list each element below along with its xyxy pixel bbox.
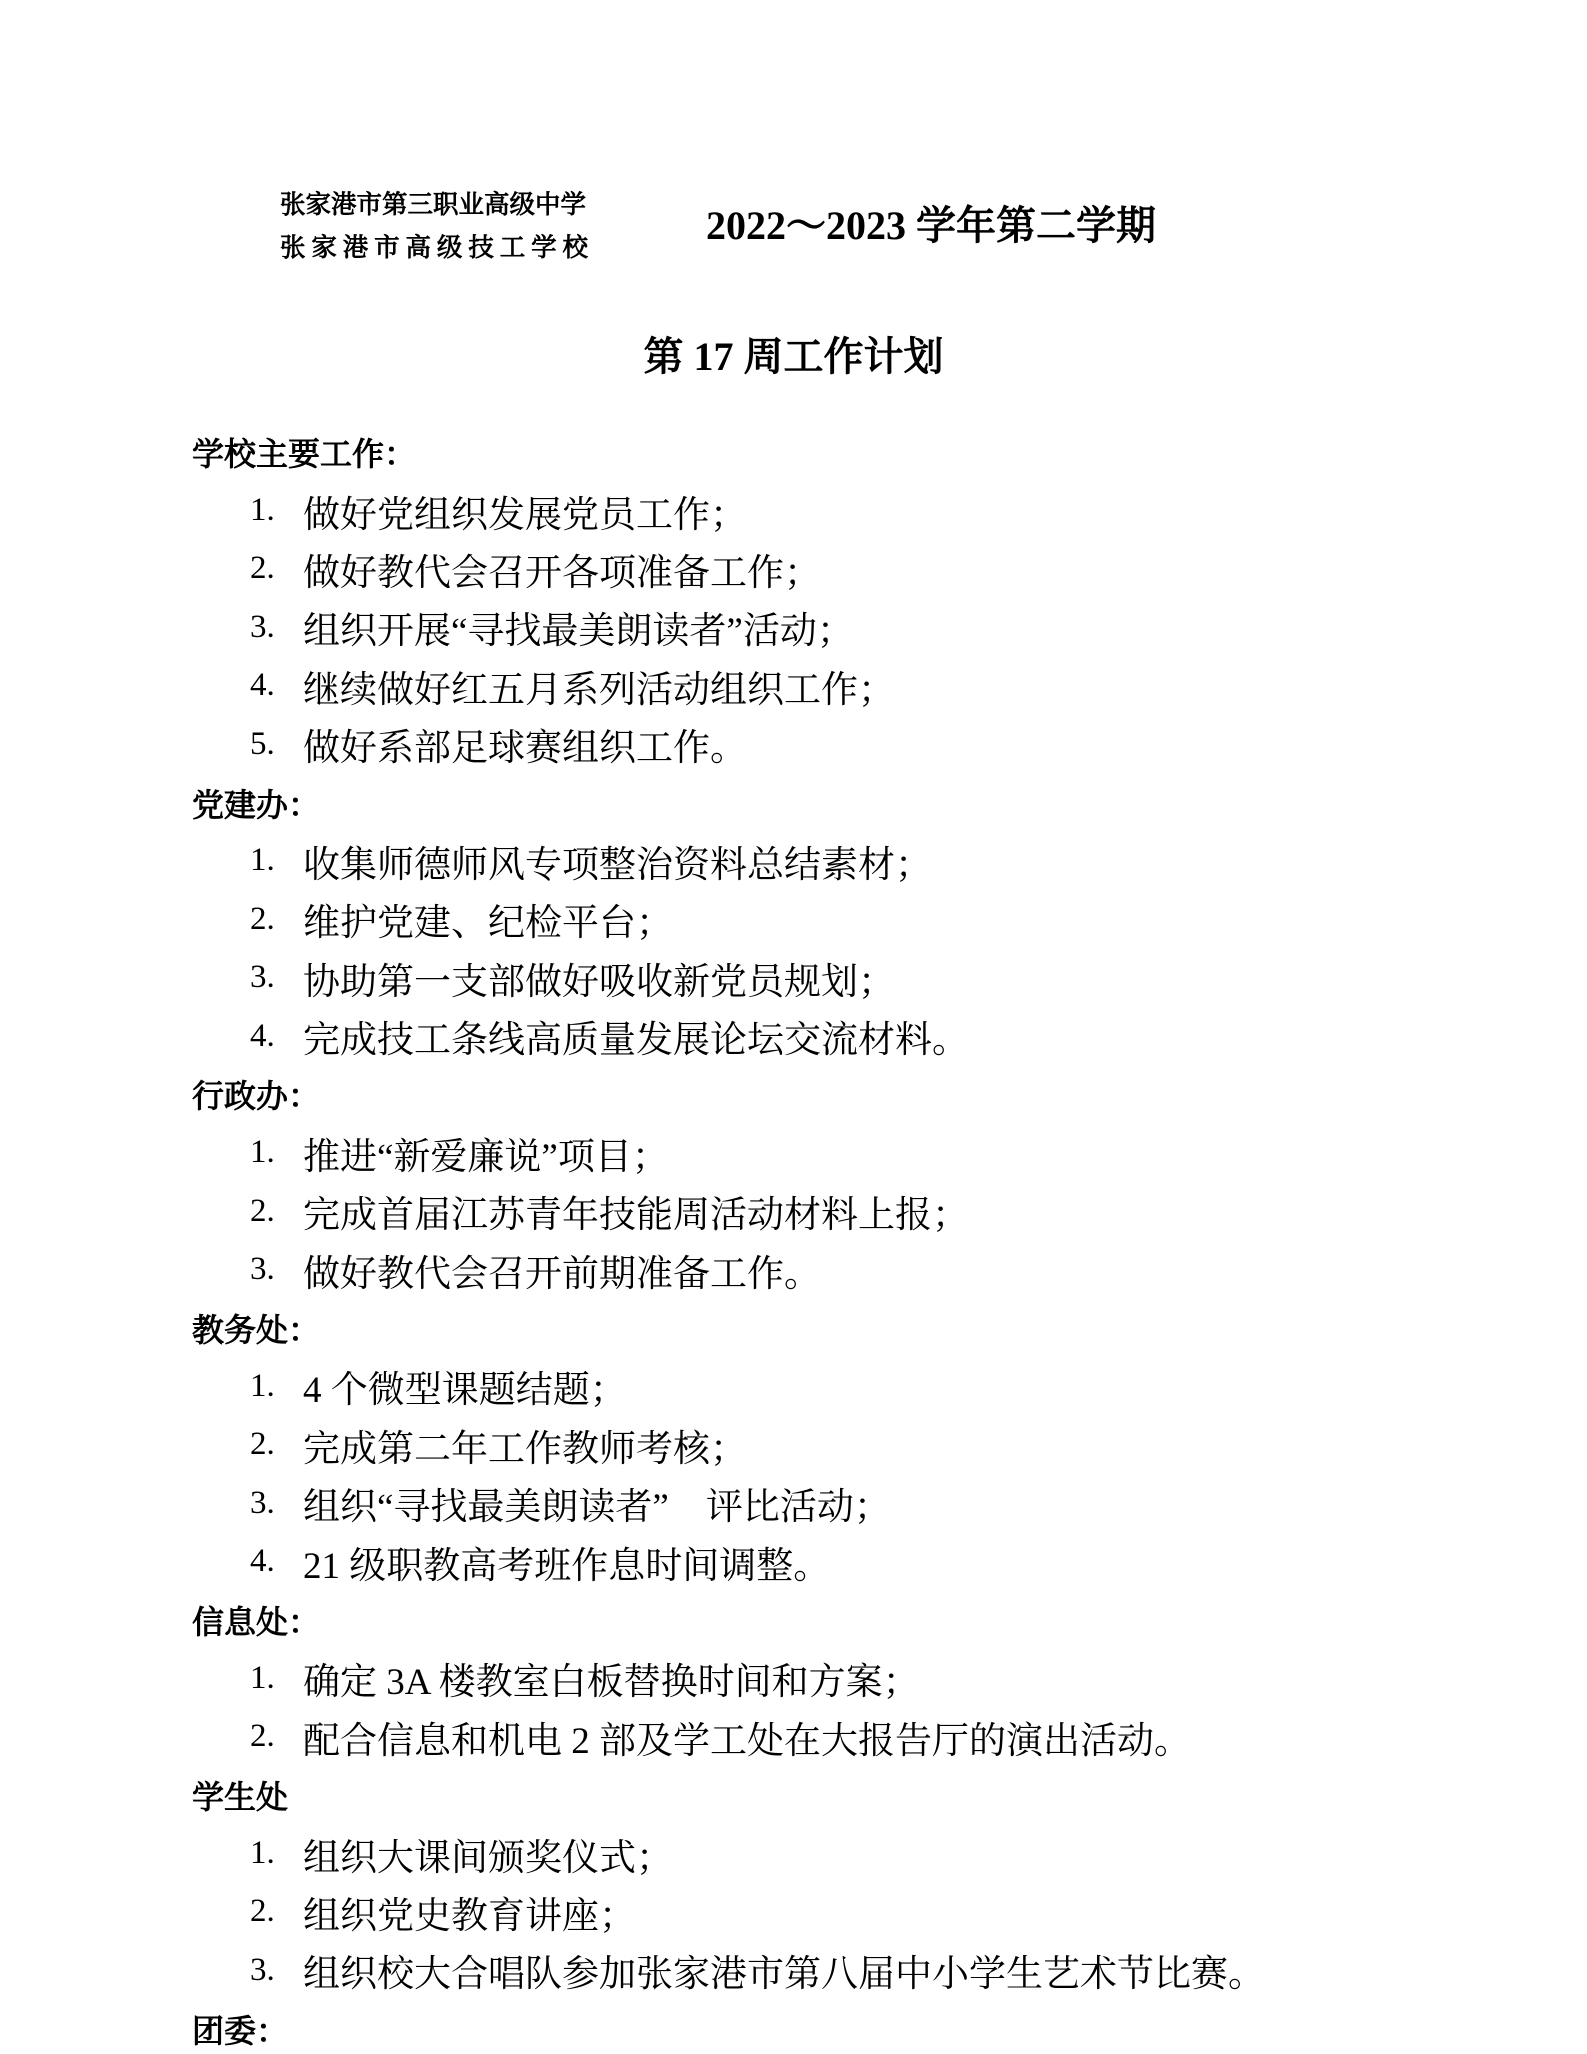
item-text: 21 级职教高考班作息时间调整。 — [303, 1535, 830, 1589]
list-item: 3. 组织开展“寻找最美朗读者”活动； — [192, 598, 1472, 656]
work-plan-sections: 学校主要工作： 1. 做好党组织发展党员工作； 2. 做好教代会召开各项准备工作… — [192, 423, 1472, 2054]
item-number: 2. — [250, 1893, 303, 1930]
section-heading: 教务处： — [192, 1299, 1472, 1357]
item-number: 2. — [250, 1426, 303, 1463]
item-number: 3. — [250, 959, 303, 996]
item-text: 完成第二年工作教师考核； — [303, 1418, 747, 1472]
section-heading-text: 行政办： — [192, 1071, 320, 1117]
list-item: 4. 继续做好红五月系列活动组织工作； — [192, 657, 1472, 715]
item-number: 3. — [250, 1251, 303, 1288]
item-number: 2. — [250, 1193, 303, 1230]
section-heading: 学校主要工作： — [192, 423, 1472, 481]
list-item: 3. 做好教代会召开前期准备工作。 — [192, 1240, 1472, 1298]
section-heading-text: 团委： — [192, 2006, 288, 2052]
section-heading-text: 信息处： — [192, 1597, 320, 1643]
item-text: 维护党建、纪检平台； — [303, 892, 673, 946]
list-item: 1. 确定 3A 楼教室白板替换时间和方案； — [192, 1649, 1472, 1707]
list-item: 3. 组织校大合唱队参加张家港市第八届中小学生艺术节比赛。 — [192, 1941, 1472, 1999]
item-text: 组织大课间颁奖仪式； — [303, 1827, 673, 1881]
list-item: 1. 收集师德师风专项整治资料总结素材； — [192, 832, 1472, 890]
item-number: 1. — [250, 1134, 303, 1171]
section-heading-text: 学校主要工作： — [192, 429, 416, 475]
section-heading: 团委： — [192, 2000, 1472, 2054]
list-item: 2. 做好教代会召开各项准备工作； — [192, 540, 1472, 598]
list-item: 2. 完成第二年工作教师考核； — [192, 1416, 1472, 1474]
item-text: 推进“新爱廉说”项目； — [303, 1126, 669, 1180]
list-item: 2. 完成首届江苏青年技能周活动材料上报； — [192, 1182, 1472, 1240]
semester-label: 2022～2023 学年第二学期 — [706, 202, 1156, 250]
item-text: 完成技工条线高质量发展论坛交流材料。 — [303, 1009, 969, 1063]
item-number: 2. — [250, 1718, 303, 1755]
school-name-block: 张家港市第三职业高级中学 张家港市高级技工学校 — [280, 183, 588, 269]
item-text: 完成首届江苏青年技能周活动材料上报； — [303, 1184, 969, 1238]
item-number: 1. — [250, 1368, 303, 1405]
list-item: 3. 组织“寻找最美朗读者” 评比活动； — [192, 1474, 1472, 1532]
school-name-line2: 张家港市高级技工学校 — [280, 226, 588, 269]
section-heading: 党建办： — [192, 773, 1472, 831]
section-heading: 信息处： — [192, 1591, 1472, 1649]
list-item: 5. 做好系部足球赛组织工作。 — [192, 715, 1472, 773]
item-text: 做好党组织发展党员工作； — [303, 484, 747, 538]
item-text: 做好教代会召开前期准备工作。 — [303, 1243, 821, 1297]
document-page: 张家港市第三职业高级中学 张家港市高级技工学校 2022～2023 学年第二学期… — [0, 0, 1587, 2054]
item-number: 3. — [250, 1485, 303, 1522]
item-number: 4. — [250, 1543, 303, 1580]
item-number: 4. — [250, 1018, 303, 1055]
list-item: 4. 21 级职教高考班作息时间调整。 — [192, 1532, 1472, 1590]
list-item: 3. 协助第一支部做好吸收新党员规划； — [192, 949, 1472, 1007]
list-item: 1. 推进“新爱廉说”项目； — [192, 1124, 1472, 1182]
list-item: 2. 组织党史教育讲座； — [192, 1883, 1472, 1941]
list-item: 1. 4 个微型课题结题； — [192, 1357, 1472, 1415]
list-item: 1. 做好党组织发展党员工作； — [192, 481, 1472, 539]
list-item: 4. 完成技工条线高质量发展论坛交流材料。 — [192, 1007, 1472, 1065]
list-item: 2. 配合信息和机电 2 部及学工处在大报告厅的演出活动。 — [192, 1708, 1472, 1766]
item-number: 3. — [250, 609, 303, 646]
item-number: 1. — [250, 1660, 303, 1697]
item-number: 5. — [250, 726, 303, 763]
item-text: 组织“寻找最美朗读者” 评比活动； — [303, 1476, 891, 1530]
item-text: 确定 3A 楼教室白板替换时间和方案； — [303, 1651, 920, 1705]
section-heading-text: 学生处 — [192, 1772, 288, 1818]
item-text: 协助第一支部做好吸收新党员规划； — [303, 951, 895, 1005]
school-name-line1: 张家港市第三职业高级中学 — [280, 183, 588, 226]
section-heading: 学生处 — [192, 1766, 1472, 1824]
section-heading: 行政办： — [192, 1065, 1472, 1123]
item-number: 2. — [250, 901, 303, 938]
section-heading-text: 教务处： — [192, 1305, 320, 1351]
item-text: 组织党史教育讲座； — [303, 1885, 636, 1939]
item-text: 做好系部足球赛组织工作。 — [303, 717, 747, 771]
list-item: 2. 维护党建、纪检平台； — [192, 890, 1472, 948]
item-text: 做好教代会召开各项准备工作； — [303, 542, 821, 596]
page-title: 第 17 周工作计划 — [0, 332, 1587, 382]
item-number: 3. — [250, 1952, 303, 1989]
list-item: 1. 组织大课间颁奖仪式； — [192, 1824, 1472, 1882]
item-number: 1. — [250, 1835, 303, 1872]
item-text: 4 个微型课题结题； — [303, 1359, 627, 1413]
item-text: 组织开展“寻找最美朗读者”活动； — [303, 600, 854, 654]
item-text: 继续做好红五月系列活动组织工作； — [303, 659, 895, 713]
item-text: 收集师德师风专项整治资料总结素材； — [303, 834, 932, 888]
item-text: 组织校大合唱队参加张家港市第八届中小学生艺术节比赛。 — [303, 1943, 1265, 1997]
section-heading-text: 党建办： — [192, 780, 320, 826]
document-header: 张家港市第三职业高级中学 张家港市高级技工学校 2022～2023 学年第二学期 — [280, 183, 1156, 269]
item-number: 2. — [250, 550, 303, 587]
item-number: 4. — [250, 667, 303, 704]
item-number: 1. — [250, 842, 303, 879]
item-number: 1. — [250, 492, 303, 529]
item-text: 配合信息和机电 2 部及学工处在大报告厅的演出活动。 — [303, 1710, 1191, 1764]
